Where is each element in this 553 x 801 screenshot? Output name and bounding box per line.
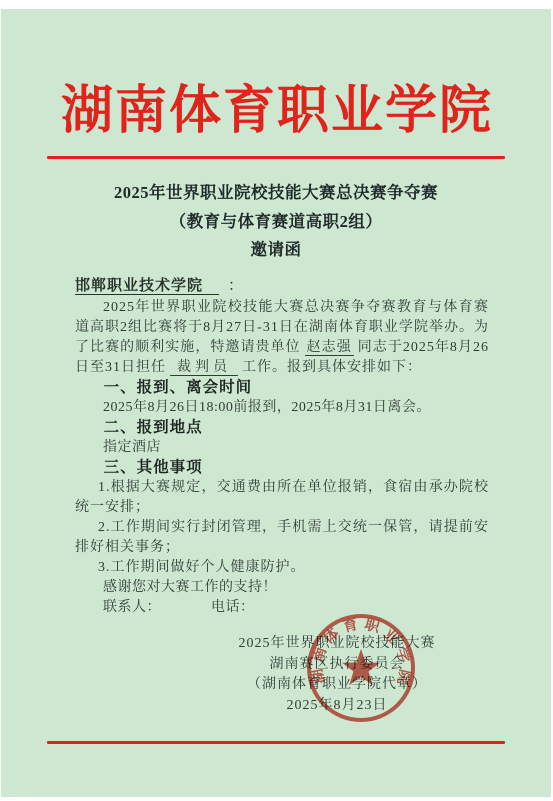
letter-page: 湖南体育职业学院 2025年世界职业院校技能大赛总决赛争夺赛 （教育与体育赛道高… <box>1 9 551 797</box>
title-line-2: （教育与体育赛道高职2组） <box>1 208 551 237</box>
section-1-body: 2025年8月26日18:00前报到，2025年8月31日离会。 <box>75 398 489 418</box>
signature-line-3: （湖南体育职业学院代章） <box>187 675 487 696</box>
letterhead-divider-line <box>47 156 505 159</box>
recipient-name: 邯郸职业技术学院 <box>75 277 219 295</box>
title-line-3: 邀请函 <box>1 236 551 265</box>
section-3-item-2: 2.工作期间实行封闭管理，手机需上交统一保管，请提前安排好相关事务； <box>75 518 489 558</box>
contact-person-label: 联系人： <box>103 600 161 615</box>
contact-line: 联系人：电话： <box>75 598 489 618</box>
contact-phone-label: 电话： <box>211 600 255 615</box>
section-3-item-3: 3.工作期间做好个人健康防护。 <box>75 558 489 578</box>
invitee-role: 裁判员 <box>170 360 238 376</box>
intro-text-3: 工作。报到具体安排如下： <box>242 360 422 375</box>
salutation-line: 邯郸职业技术学院： <box>75 276 489 296</box>
signature-block: 2025年世界职业院校技能大赛 湖南赛区执行委员会 （湖南体育职业学院代章） 2… <box>187 634 487 717</box>
signature-line-2: 湖南赛区执行委员会 <box>187 655 487 676</box>
thanks-line: 感谢您对大赛工作的支持！ <box>75 578 489 598</box>
signature-line-1: 2025年世界职业院校技能大赛 <box>187 634 487 655</box>
letter-body: 邯郸职业技术学院： 2025年世界职业院校技能大赛总决赛争夺赛教育与体育赛道高职… <box>75 276 489 618</box>
document-title: 2025年世界职业院校技能大赛总决赛争夺赛 （教育与体育赛道高职2组） 邀请函 <box>1 179 551 265</box>
invitee-name: 赵志强 <box>305 340 354 356</box>
signature-date: 2025年8月23日 <box>187 696 487 717</box>
section-3-heading: 三、其他事项 <box>75 458 489 478</box>
letterhead-school-name: 湖南体育职业学院 <box>1 83 551 141</box>
title-line-1: 2025年世界职业院校技能大赛总决赛争夺赛 <box>1 179 551 208</box>
section-3-item-1: 1.根据大赛规定，交通费由所在单位报销，食宿由承办院校统一安排； <box>75 478 489 518</box>
footer-divider-line <box>47 741 505 744</box>
intro-paragraph: 2025年世界职业院校技能大赛总决赛争夺赛教育与体育赛道高职2组比赛将于8月27… <box>75 298 489 378</box>
salutation-colon: ： <box>228 277 244 294</box>
section-2-body: 指定酒店 <box>75 438 489 458</box>
section-2-heading: 二、报到地点 <box>75 418 489 438</box>
section-1-heading: 一、报到、离会时间 <box>75 378 489 398</box>
